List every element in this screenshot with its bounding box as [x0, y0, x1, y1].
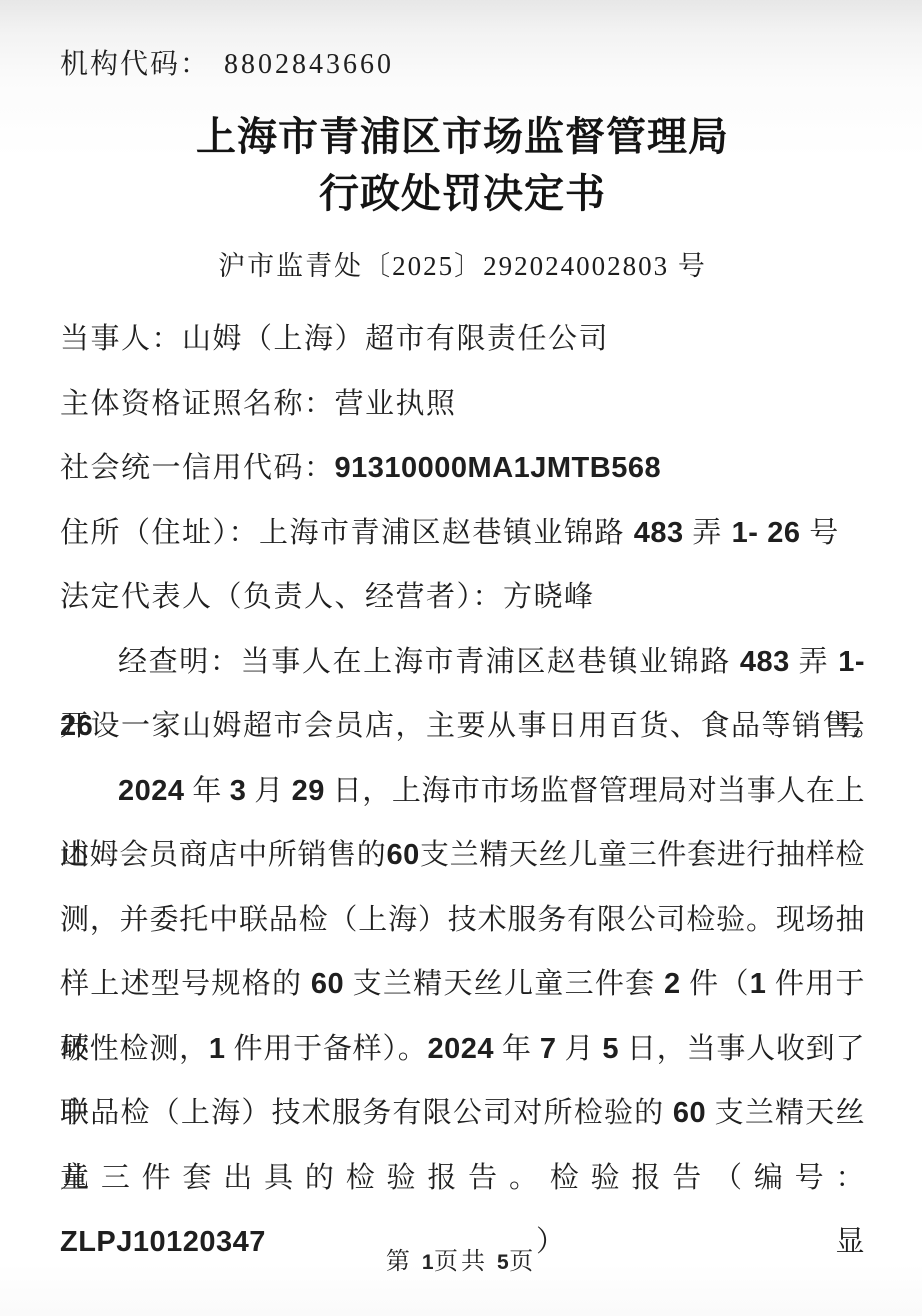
- body-line-narrative-3: 测，并委托中联品检（上海）技术服务有限公司检验。现场抽: [60, 888, 865, 953]
- body-line-narrative-1: 2024 年 3 月 29 日，上海市市场监督管理局对当事人在上述: [60, 759, 865, 824]
- body-line-finding-1: 经查明：当事人在上海市青浦区赵巷镇业锦路 483 弄 1-26 号: [60, 630, 865, 695]
- body-line-narrative-7: 童三件套出具的检验报告。检验报告（编号：ZLPJ10120347）显: [60, 1146, 865, 1211]
- body-line-narrative-4: 样上述型号规格的 60 支兰精天丝儿童三件套 2 件（1 件用于破: [60, 952, 865, 1017]
- document-title: 上海市青浦区市场监督管理局 行政处罚决定书: [60, 108, 865, 222]
- body-line-credit-code: 社会统一信用代码：91310000MA1JMTB568: [60, 436, 865, 501]
- org-code-line: 机构代码：8802843660: [60, 42, 865, 82]
- body-line-address: 住所（住址）：上海市青浦区赵巷镇业锦路 483 弄 1- 26 号: [60, 501, 865, 566]
- document-page: 机构代码：8802843660 上海市青浦区市场监督管理局 行政处罚决定书 沪市…: [0, 0, 922, 1316]
- body-line-party: 当事人：山姆（上海）超市有限责任公司: [60, 307, 865, 372]
- document-title-line2: 行政处罚决定书: [60, 165, 865, 222]
- body-line-narrative-2: 山姆会员商店中所销售的60支兰精天丝儿童三件套进行抽样检: [60, 823, 865, 888]
- doc-number: 沪市监青处〔2025〕292024002803 号: [60, 244, 865, 283]
- body-line-narrative-6: 联品检（上海）技术服务有限公司对所检验的 60 支兰精天丝儿: [60, 1081, 865, 1146]
- org-code-label: 机构代码：: [60, 49, 210, 80]
- document-body: 当事人：山姆（上海）超市有限责任公司 主体资格证照名称：营业执照 社会统一信用代…: [60, 307, 865, 1210]
- body-line-legal-rep: 法定代表人（负责人、经营者）：方晓峰: [60, 565, 865, 630]
- page-footer: 第 1页共 5页: [0, 1241, 922, 1276]
- body-line-narrative-5: 坏性检测，1 件用于备样）。2024 年 7 月 5 日，当事人收到了中: [60, 1017, 865, 1082]
- document-title-line1: 上海市青浦区市场监督管理局: [60, 108, 865, 165]
- body-line-finding-2: 开设一家山姆超市会员店，主要从事日用百货、食品等销售。: [60, 694, 865, 759]
- body-line-license-name: 主体资格证照名称：营业执照: [60, 372, 865, 437]
- org-code-value: 8802843660: [224, 49, 394, 80]
